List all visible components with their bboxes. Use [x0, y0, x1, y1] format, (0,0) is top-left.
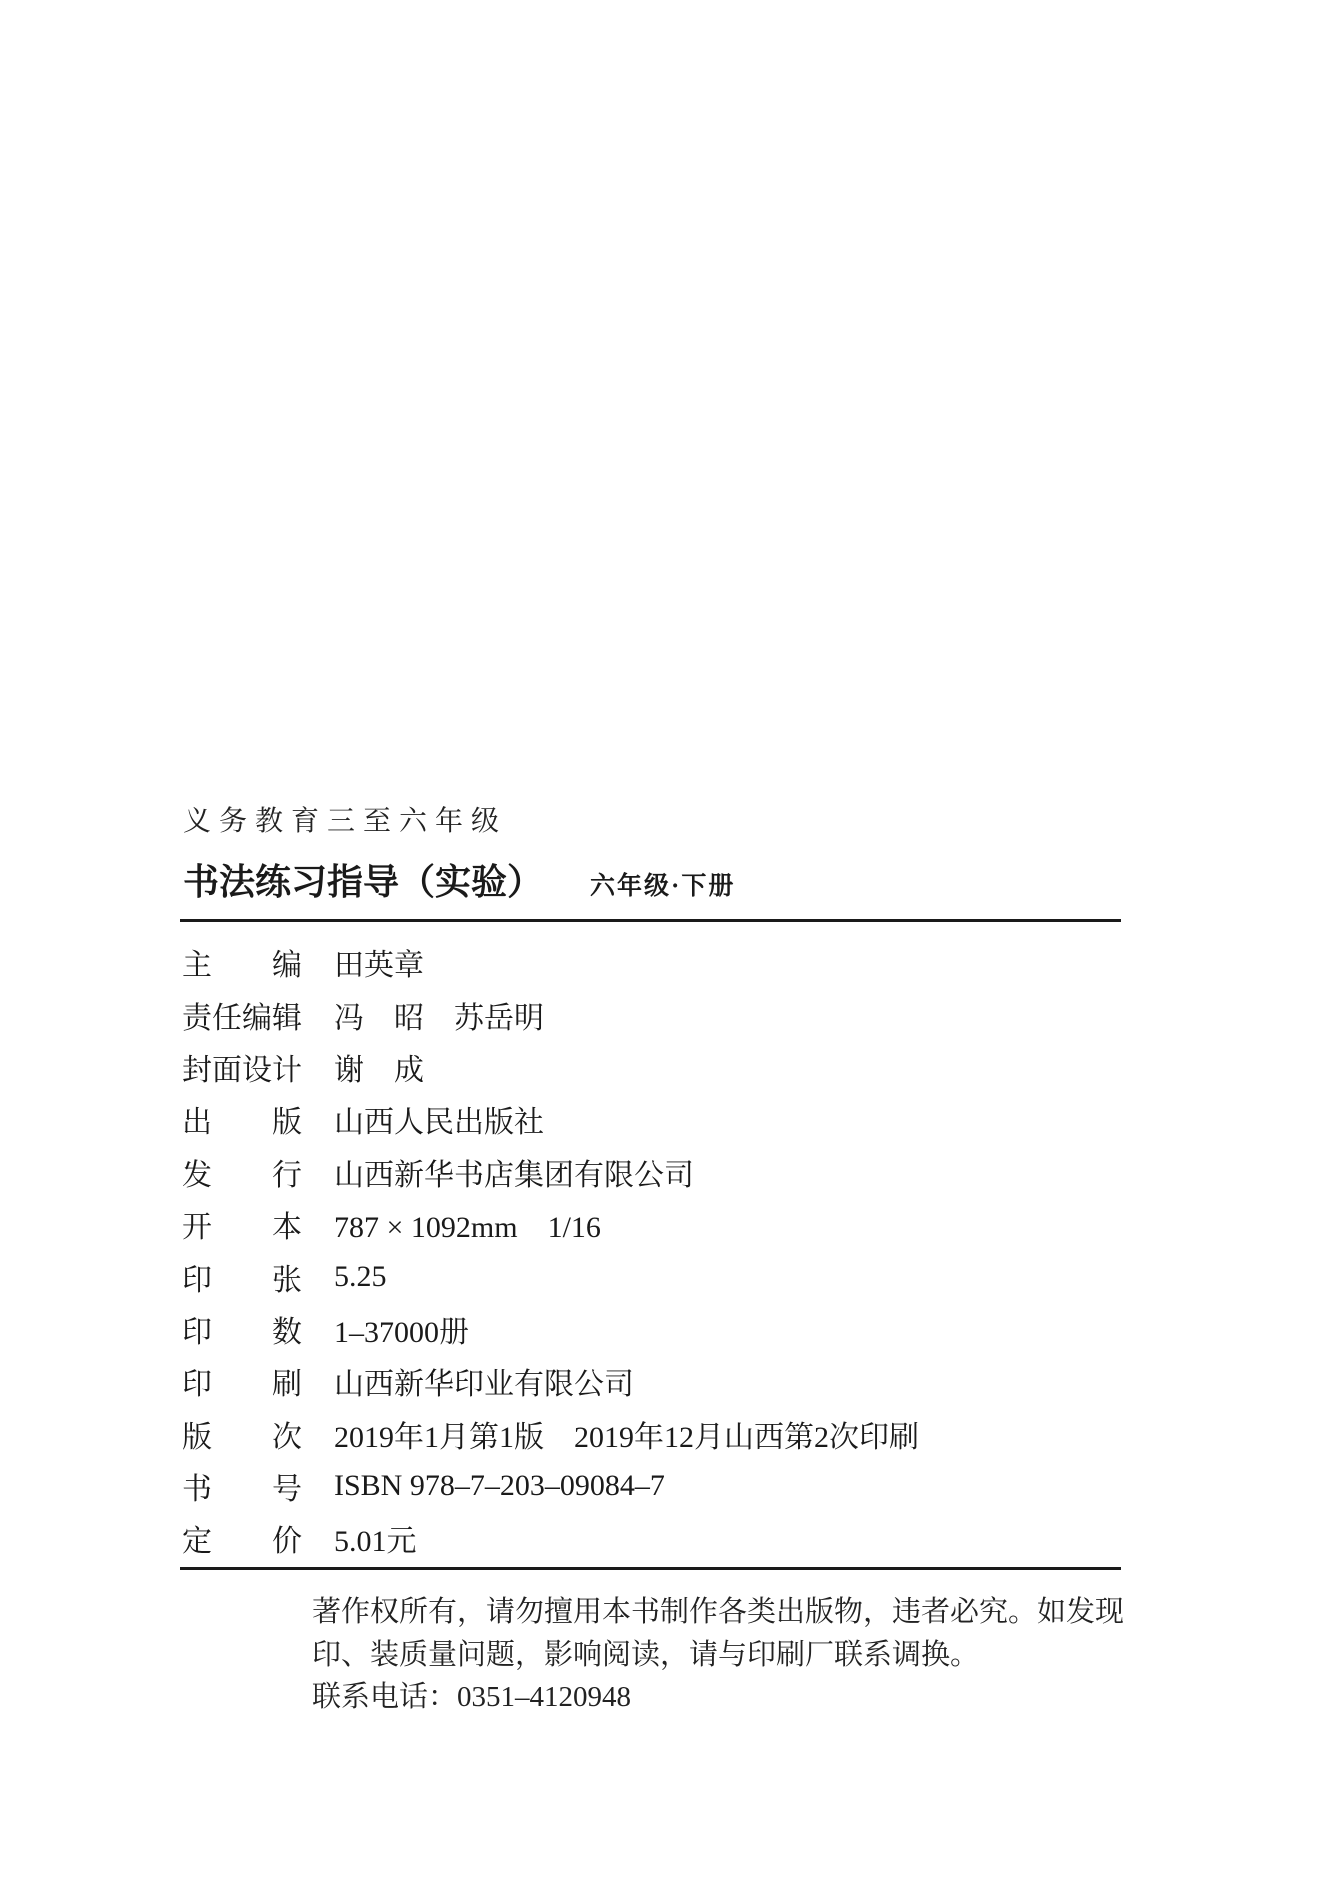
row-value: 山西新华印业有限公司 — [334, 1359, 634, 1403]
edition-label: 六年级·下册 — [590, 866, 735, 902]
copyright-line: 印、装质量问题，影响阅读，请与印刷厂联系调换。 — [312, 1634, 1124, 1677]
table-row: 开本 787 × 1092mm 1/16 — [182, 1198, 1123, 1250]
row-value: 787 × 1092mm 1/16 — [334, 1202, 601, 1246]
row-value: 2019年1月第1版 2019年12月山西第2次印刷 — [334, 1412, 919, 1456]
divider-top — [180, 919, 1121, 922]
table-row: 印数 1–37000册 — [182, 1303, 1123, 1355]
table-row: 印张 5.25 — [182, 1250, 1123, 1302]
row-label: 责任编辑 — [182, 993, 302, 1037]
table-row: 书号 ISBN 978–7–203–09084–7 — [182, 1460, 1123, 1512]
table-row: 版次 2019年1月第1版 2019年12月山西第2次印刷 — [182, 1408, 1123, 1460]
row-value: 山西新华书店集团有限公司 — [334, 1150, 694, 1194]
row-label: 印张 — [182, 1255, 302, 1299]
row-value: 5.25 — [334, 1260, 387, 1294]
row-label: 印刷 — [182, 1359, 302, 1403]
row-value: ISBN 978–7–203–09084–7 — [334, 1469, 665, 1503]
row-label: 版次 — [182, 1412, 302, 1456]
title-row: 书法练习指导（实验） 六年级·下册 — [183, 860, 735, 905]
row-label: 主编 — [182, 940, 302, 984]
row-label: 印数 — [182, 1307, 302, 1351]
divider-bottom — [180, 1567, 1121, 1570]
row-label: 开本 — [182, 1202, 302, 1246]
contact-phone-line: 联系电话：0351–4120948 — [312, 1676, 1124, 1719]
row-value: 5.01元 — [334, 1516, 417, 1560]
table-row: 印刷 山西新华印业有限公司 — [182, 1355, 1123, 1407]
row-value: 冯 昭 苏岳明 — [334, 993, 544, 1037]
table-row: 出版 山西人民出版社 — [182, 1093, 1123, 1145]
row-label: 定价 — [182, 1516, 302, 1560]
row-label: 封面设计 — [182, 1045, 302, 1089]
row-value: 田英章 — [334, 940, 424, 984]
copyright-note: 著作权所有，请勿擅用本书制作各类出版物，违者必究。如发现 印、装质量问题，影响阅… — [312, 1591, 1124, 1719]
row-value: 谢 成 — [334, 1045, 424, 1089]
table-row: 发行 山西新华书店集团有限公司 — [182, 1146, 1123, 1198]
row-label: 发行 — [182, 1150, 302, 1194]
copyright-line: 著作权所有，请勿擅用本书制作各类出版物，违者必究。如发现 — [312, 1591, 1124, 1634]
series-line: 义务教育三至六年级 — [183, 805, 507, 839]
table-row: 定价 5.01元 — [182, 1512, 1123, 1564]
row-label: 出版 — [182, 1097, 302, 1141]
row-value: 1–37000册 — [334, 1307, 469, 1351]
colophon-table: 主编 田英章 责任编辑 冯 昭 苏岳明 封面设计 谢 成 出版 山西人民出版社 … — [182, 936, 1123, 1565]
row-value: 山西人民出版社 — [334, 1097, 544, 1141]
table-row: 责任编辑 冯 昭 苏岳明 — [182, 988, 1123, 1040]
book-title: 书法练习指导（实验） — [183, 860, 543, 905]
row-label: 书号 — [182, 1464, 302, 1508]
table-row: 主编 田英章 — [182, 936, 1123, 988]
colophon-page: 义务教育三至六年级 书法练习指导（实验） 六年级·下册 主编 田英章 责任编辑 … — [0, 0, 1332, 1885]
table-row: 封面设计 谢 成 — [182, 1041, 1123, 1093]
